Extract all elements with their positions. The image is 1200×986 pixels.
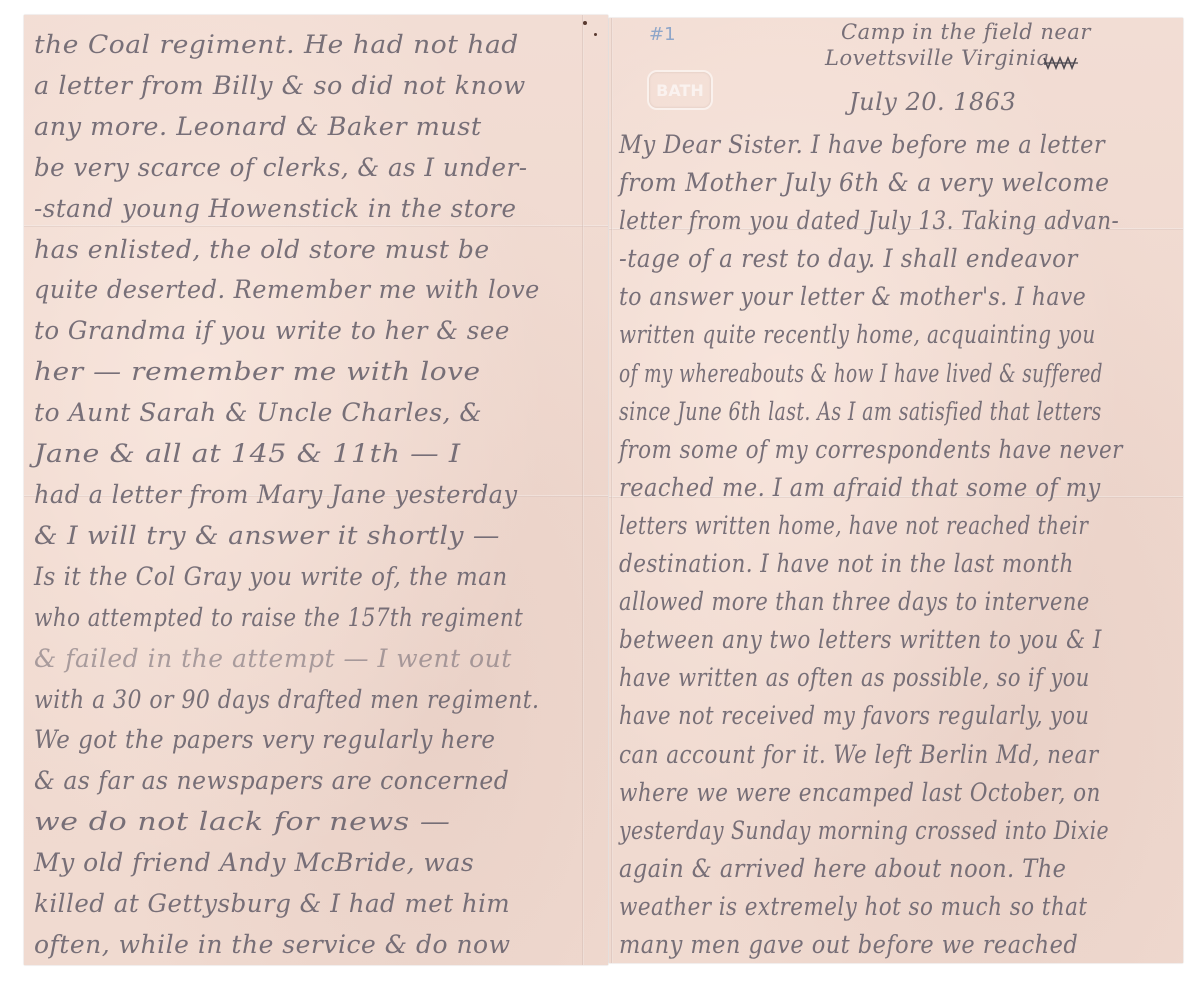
handwritten-line: had a letter from Mary Jane yesterday	[34, 480, 518, 509]
handwritten-line: be very scarce of clerks, & as I under-	[34, 153, 528, 182]
handwritten-line: from some of my correspondents have neve…	[619, 435, 1123, 464]
handwritten-line: from Mother July 6th & a very welcome	[619, 168, 1110, 197]
handwritten-line: -tage of a rest to day. I shall endeavor	[619, 244, 1078, 273]
handwritten-line: killed at Gettysburg & I had met him	[34, 889, 510, 918]
handwritten-line: has enlisted, the old store must be	[34, 235, 490, 264]
handwritten-line: where we were encamped last October, on	[619, 778, 1101, 807]
handwritten-line: to Grandma if you write to her & see	[34, 316, 510, 345]
handwritten-line: have not received my favors regularly, y…	[619, 701, 1089, 730]
letter-page-left: the Coal regiment. He had not had a lett…	[24, 15, 608, 965]
handwritten-line: reached me. I am afraid that some of my	[619, 473, 1101, 502]
handwritten-line: We got the papers very regularly here	[34, 725, 495, 754]
handwritten-line: Is it the Col Gray you write of, the man	[34, 562, 508, 591]
handwritten-line: have written as often as possible, so if…	[619, 663, 1090, 692]
handwritten-line: to answer your letter & mother's. I have	[619, 282, 1086, 311]
handwritten-line: we do not lack for news —	[34, 807, 450, 836]
handwritten-line: allowed more than three days to interven…	[619, 587, 1090, 616]
handwritten-line: with a 30 or 90 days drafted men regimen…	[34, 685, 539, 714]
handwritten-line: between any two letters written to you &…	[619, 625, 1102, 654]
handwritten-line: since June 6th last. As I am satisfied t…	[619, 397, 1102, 426]
handwritten-line: & I will try & answer it shortly —	[34, 521, 500, 550]
handwritten-line: & failed in the attempt — I went out	[34, 644, 512, 673]
letter-page-right: #1 BATH Camp in the field near Lovettsvi…	[609, 18, 1183, 963]
handwritten-line: -stand young Howenstick in the store	[34, 194, 516, 223]
handwritten-line: can account for it. We left Berlin Md, n…	[619, 740, 1099, 769]
right-page-text: My Dear Sister. I have before me a lette…	[609, 18, 1183, 963]
handwritten-line: Jane & all at 145 & 11th — I	[34, 439, 461, 468]
handwritten-line: a letter from Billy & so did not know	[34, 71, 526, 100]
handwritten-line: letters written home, have not reached t…	[619, 511, 1088, 540]
handwritten-line: often, while in the service & do now	[34, 930, 511, 959]
handwritten-line: many men gave out before we reached	[619, 930, 1078, 959]
handwritten-line: quite deserted. Remember me with love	[34, 275, 540, 304]
handwritten-line: who attempted to raise the 157th regimen…	[34, 603, 523, 632]
handwritten-line: letter from you dated July 13. Taking ad…	[619, 206, 1119, 235]
handwritten-line: any more. Leonard & Baker must	[34, 112, 482, 141]
handwritten-line: her — remember me with love	[34, 357, 481, 386]
handwritten-line: My Dear Sister. I have before me a lette…	[619, 130, 1105, 159]
handwritten-line: destination. I have not in the last mont…	[619, 549, 1074, 578]
handwritten-line: again & arrived here about noon. The	[619, 854, 1066, 883]
handwritten-line: to Aunt Sarah & Uncle Charles, &	[34, 398, 482, 427]
handwritten-line: yesterday Sunday morning crossed into Di…	[619, 816, 1109, 845]
handwritten-line: of my whereabouts & how I have lived & s…	[619, 359, 1103, 388]
handwritten-line: & as far as newspapers are concerned	[34, 766, 509, 795]
handwritten-line: weather is extremely hot so much so that	[619, 892, 1087, 921]
handwritten-line: written quite recently home, acquainting…	[619, 320, 1096, 349]
handwritten-line: the Coal regiment. He had not had	[34, 30, 519, 59]
handwritten-line: My old friend Andy McBride, was	[34, 848, 474, 877]
left-page-text: the Coal regiment. He had not had a lett…	[24, 15, 608, 965]
